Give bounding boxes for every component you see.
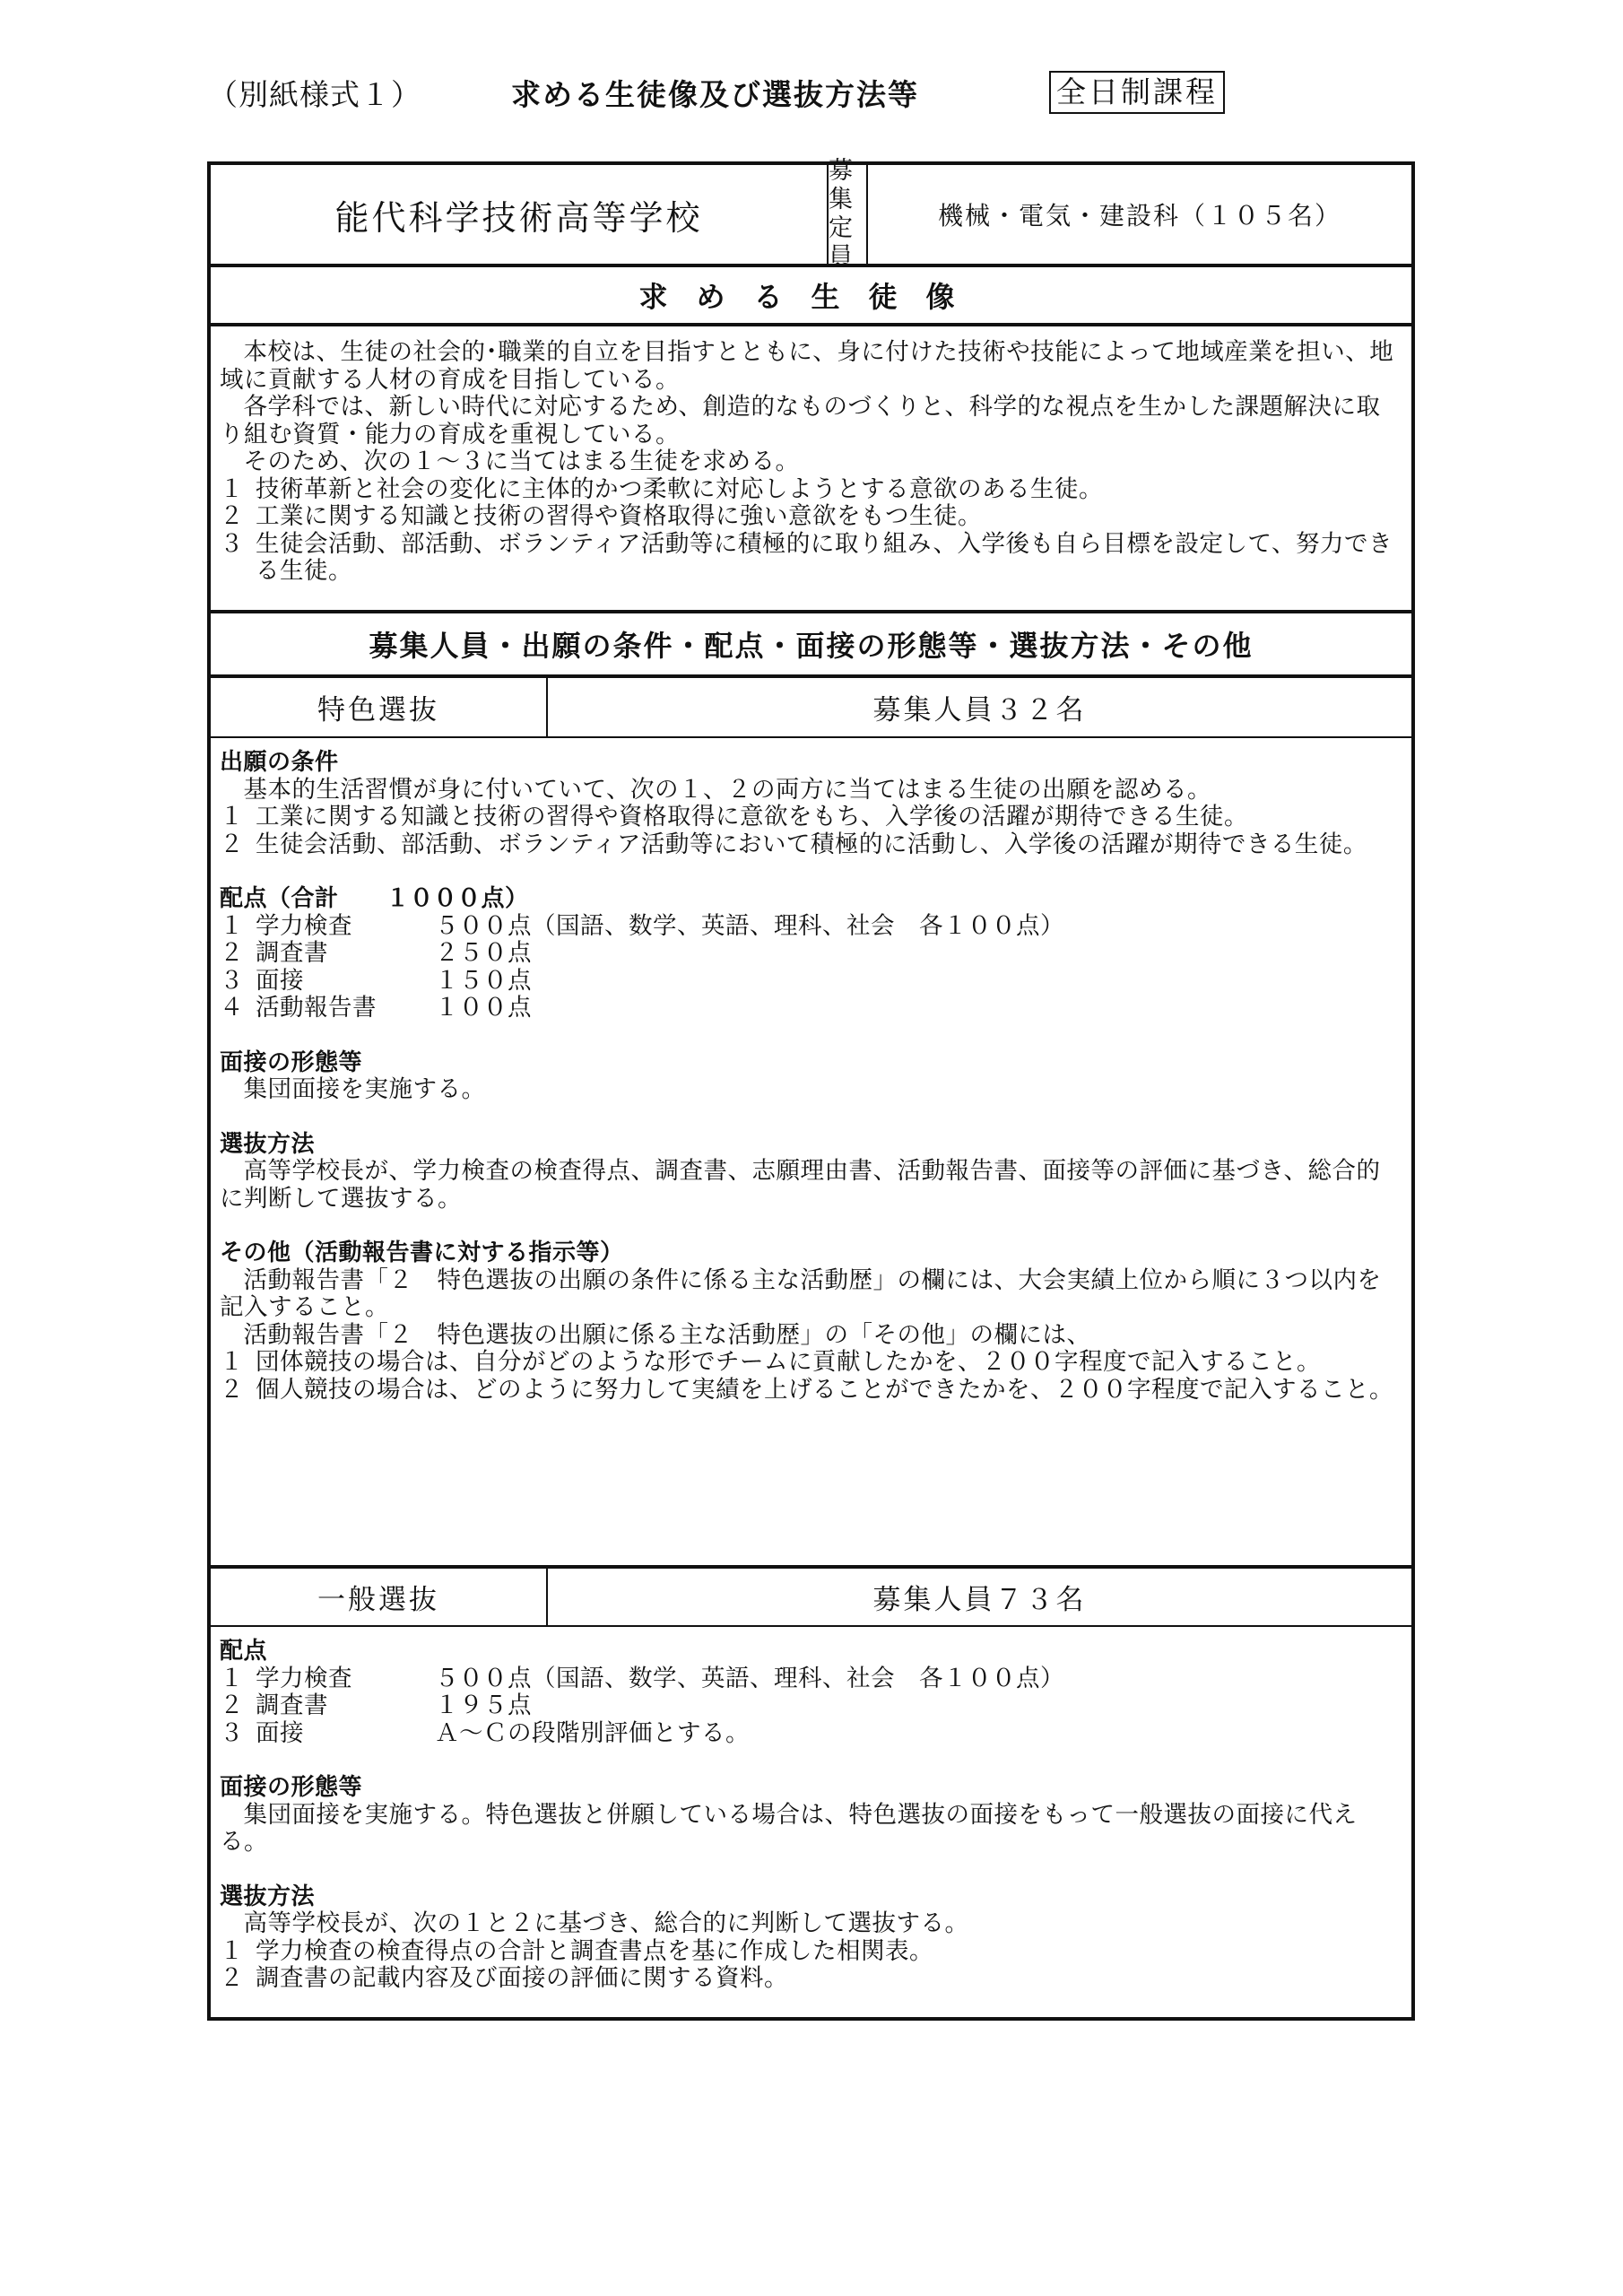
score-name: 面接 xyxy=(256,1720,435,1748)
document-title: 求める生徒像及び選抜方法等 xyxy=(511,72,1049,114)
form-label: （別紙様式１） xyxy=(208,72,504,114)
other-paragraph: 活動報告書「２ 特色選抜の出願の条件に係る主な活動歴」の欄には、大会実績上位から… xyxy=(220,1267,1399,1322)
condition-item: ２ 生徒会活動、部活動、ボランティア活動等において積極的に活動し、入学後の活躍が… xyxy=(220,831,1399,859)
tokushoku-details: 出願の条件 基本的生活習慣が身に付いていて、次の１、２の両方に当てはまる生徒の出… xyxy=(211,736,1411,1565)
score-value: ５００点（国語、数学、英語、理科、社会 各１００点） xyxy=(435,913,1399,941)
student-profile-body: 本校は、生徒の社会的･職業的自立を目指すとともに、身に付けた技術や技能によって地… xyxy=(211,323,1411,610)
score-item: ２ 調査書 １９５点 xyxy=(220,1692,1399,1720)
scoring-heading: 配点（合計 １０００点） xyxy=(220,885,1399,913)
profile-paragraph: 各学科では、新しい時代に対応するため、創造的なものづくりと、科学的な視点を生かし… xyxy=(220,394,1399,448)
other-item: ２ 個人競技の場合は、どのように努力して実績を上げることができたかを、２００字程… xyxy=(220,1377,1399,1405)
conditions-heading: 出願の条件 xyxy=(220,749,1399,777)
method-item: ２ 調査書の記載内容及び面接の評価に関する資料。 xyxy=(220,1965,1399,1993)
interview-heading: 面接の形態等 xyxy=(220,1049,1399,1077)
item-number: ２ xyxy=(220,940,256,968)
item-number: ４ xyxy=(220,995,256,1022)
method-heading: 選抜方法 xyxy=(220,1131,1399,1159)
item-text: 生徒会活動、部活動、ボランティア活動等に積極的に取り組み、入学後も自ら目標を設定… xyxy=(256,531,1399,586)
item-number: ２ xyxy=(220,1692,256,1720)
quota-value: 機械・電気・建設科（１０５名） xyxy=(868,165,1411,264)
method-heading: 選抜方法 xyxy=(220,1883,1399,1911)
ippan-label: 一般選抜 xyxy=(211,1569,548,1625)
score-value: １００点 xyxy=(435,995,1399,1022)
profile-item: １ 技術革新と社会の変化に主体的かつ柔軟に対応しようとする意欲のある生徒。 xyxy=(220,476,1399,504)
interview-text: 集団面接を実施する。特色選抜と併願している場合は、特色選抜の面接をもって一般選抜… xyxy=(220,1802,1399,1857)
other-heading: その他（活動報告書に対する指示等） xyxy=(220,1239,1399,1267)
item-number: １ xyxy=(220,1938,256,1966)
score-value: ５００点（国語、数学、英語、理科、社会 各１００点） xyxy=(435,1665,1399,1693)
score-name: 調査書 xyxy=(256,940,435,968)
score-item: ４ 活動報告書 １００点 xyxy=(220,995,1399,1022)
item-number: ２ xyxy=(220,1377,256,1405)
item-text: 個人競技の場合は、どのように努力して実績を上げることができたかを、２００字程度で… xyxy=(256,1377,1399,1405)
score-item: １ 学力検査 ５００点（国語、数学、英語、理科、社会 各１００点） xyxy=(220,1665,1399,1693)
item-number: ３ xyxy=(220,968,256,996)
item-text: 団体競技の場合は、自分がどのような形でチームに貢献したかを、２００字程度で記入す… xyxy=(256,1349,1399,1377)
school-name: 能代科学技術高等学校 xyxy=(211,165,829,264)
method-text: 高等学校長が、学力検査の検査得点、調査書、志願理由書、活動報告書、面接等の評価に… xyxy=(220,1158,1399,1213)
score-value: １５０点 xyxy=(435,968,1399,996)
item-number: １ xyxy=(220,804,256,831)
score-value: １９５点 xyxy=(435,1692,1399,1720)
item-number: ２ xyxy=(220,503,256,531)
ippan-capacity: 募集人員７３名 xyxy=(548,1569,1411,1625)
page-header: （別紙様式１） 求める生徒像及び選抜方法等 全日制課程 xyxy=(208,70,1225,115)
profile-paragraph: 本校は、生徒の社会的･職業的自立を目指すとともに、身に付けた技術や技能によって地… xyxy=(220,339,1399,394)
profile-item: ２ 工業に関する知識と技術の習得や資格取得に強い意欲をもつ生徒。 xyxy=(220,503,1399,531)
item-text: 生徒会活動、部活動、ボランティア活動等において積極的に活動し、入学後の活躍が期待… xyxy=(256,831,1399,859)
interview-heading: 面接の形態等 xyxy=(220,1774,1399,1802)
method-intro: 高等学校長が、次の１と２に基づき、総合的に判断して選抜する。 xyxy=(220,1910,1399,1938)
item-number: １ xyxy=(220,1349,256,1377)
item-number: １ xyxy=(220,1665,256,1693)
item-text: 技術革新と社会の変化に主体的かつ柔軟に対応しようとする意欲のある生徒。 xyxy=(256,476,1399,504)
condition-item: １ 工業に関する知識と技術の習得や資格取得に意欲をもち、入学後の活躍が期待できる… xyxy=(220,804,1399,831)
score-item: ２ 調査書 ２５０点 xyxy=(220,940,1399,968)
score-name: 活動報告書 xyxy=(256,995,435,1022)
item-text: 工業に関する知識と技術の習得や資格取得に強い意欲をもつ生徒。 xyxy=(256,503,1399,531)
item-text: 学力検査の検査得点の合計と調査書点を基に作成した相関表。 xyxy=(256,1938,1399,1966)
ippan-header-row: 一般選抜 募集人員７３名 xyxy=(211,1565,1411,1625)
profile-paragraph: そのため、次の１～３に当てはまる生徒を求める。 xyxy=(220,448,1399,476)
tokushoku-label: 特色選抜 xyxy=(211,678,548,736)
score-name: 調査書 xyxy=(256,1692,435,1720)
score-value: ２５０点 xyxy=(435,940,1399,968)
item-number: １ xyxy=(220,913,256,941)
school-row: 能代科学技術高等学校 募集 定員 機械・電気・建設科（１０５名） xyxy=(211,165,1411,264)
course-badge: 全日制課程 xyxy=(1049,71,1225,114)
quota-label-line1: 募集 xyxy=(829,157,866,214)
item-number: ２ xyxy=(220,1965,256,1993)
ippan-details: 配点 １ 学力検査 ５００点（国語、数学、英語、理科、社会 各１００点） ２ 調… xyxy=(211,1625,1411,2017)
conditions-intro: 基本的生活習慣が身に付いていて、次の１、２の両方に当てはまる生徒の出願を認める。 xyxy=(220,777,1399,804)
item-number: ２ xyxy=(220,831,256,859)
score-item: １ 学力検査 ５００点（国語、数学、英語、理科、社会 各１００点） xyxy=(220,913,1399,941)
sections-heading: 募集人員・出願の条件・配点・面接の形態等・選抜方法・その他 xyxy=(211,610,1411,674)
tokushoku-capacity: 募集人員３２名 xyxy=(548,678,1411,736)
score-name: 面接 xyxy=(256,968,435,996)
profile-item: ３ 生徒会活動、部活動、ボランティア活動等に積極的に取り組み、入学後も自ら目標を… xyxy=(220,531,1399,586)
student-profile-heading: 求める生徒像 xyxy=(211,264,1411,323)
interview-text: 集団面接を実施する。 xyxy=(220,1076,1399,1104)
other-item: １ 団体競技の場合は、自分がどのような形でチームに貢献したかを、２００字程度で記… xyxy=(220,1349,1399,1377)
method-item: １ 学力検査の検査得点の合計と調査書点を基に作成した相関表。 xyxy=(220,1938,1399,1966)
other-paragraph: 活動報告書「２ 特色選抜の出願に係る主な活動歴」の「その他」の欄には、 xyxy=(220,1322,1399,1350)
score-name: 学力検査 xyxy=(256,913,435,941)
item-text: 工業に関する知識と技術の習得や資格取得に意欲をもち、入学後の活躍が期待できる生徒… xyxy=(256,804,1399,831)
score-item: ３ 面接 Ａ～Ｃの段階別評価とする。 xyxy=(220,1720,1399,1748)
item-text: 調査書の記載内容及び面接の評価に関する資料。 xyxy=(256,1965,1399,1993)
score-item: ３ 面接 １５０点 xyxy=(220,968,1399,996)
item-number: ３ xyxy=(220,1720,256,1748)
item-number: ３ xyxy=(220,531,256,586)
tokushoku-header-row: 特色選抜 募集人員３２名 xyxy=(211,674,1411,736)
scoring-heading: 配点 xyxy=(220,1638,1399,1665)
admission-sheet: 能代科学技術高等学校 募集 定員 機械・電気・建設科（１０５名） 求める生徒像 … xyxy=(207,161,1415,2021)
item-number: １ xyxy=(220,476,256,504)
quota-label: 募集 定員 xyxy=(829,165,868,264)
score-name: 学力検査 xyxy=(256,1665,435,1693)
score-value: Ａ～Ｃの段階別評価とする。 xyxy=(435,1720,1399,1748)
